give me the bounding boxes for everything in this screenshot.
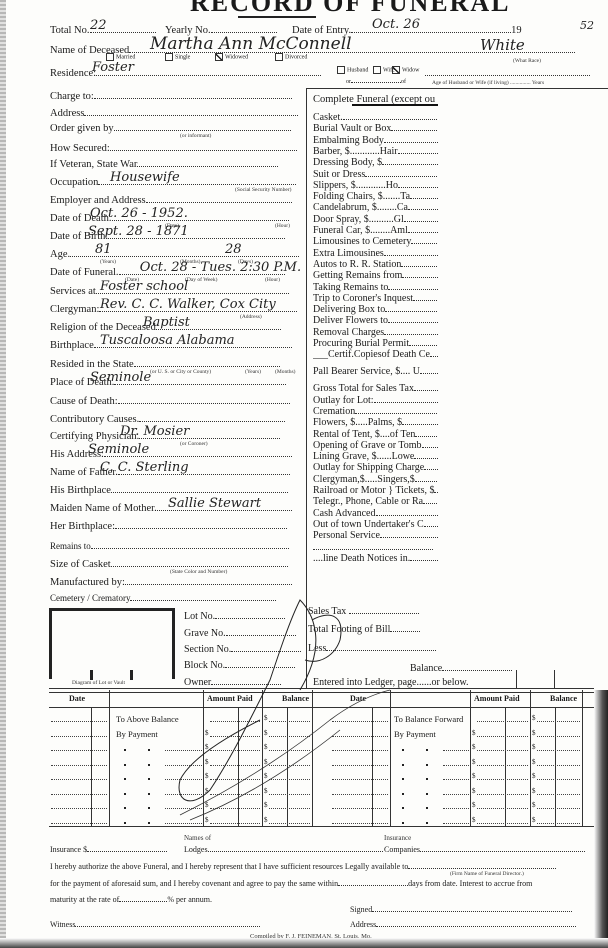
currency-symbol: $: [532, 772, 536, 780]
charge-item[interactable]: Deliver Flowers to: [313, 314, 438, 326]
ledger-description-cell: [443, 822, 469, 824]
ledger-amount-cell: [477, 778, 528, 780]
ledger-date-cell: [332, 764, 388, 766]
charge-item[interactable]: Dressing Body, $: [313, 156, 438, 168]
ledger-date-cell: [51, 807, 107, 809]
ledger-balance-cell: [269, 720, 310, 722]
balance-field[interactable]: Balance: [410, 662, 512, 674]
lodges-field[interactable]: Lodges: [184, 843, 383, 854]
ledger-date-cell: [332, 749, 388, 751]
left-ledger-date-header: Date: [69, 694, 85, 703]
currency-symbol: $: [205, 816, 209, 824]
clergyman-value: Rev. C. C. Walker, Cox City: [100, 297, 276, 312]
charge-item[interactable]: Taking Remains to: [313, 281, 438, 293]
ledger-balance-cell: [537, 749, 580, 751]
ledger-column-divider: [262, 690, 263, 826]
charge-item[interactable]: Removal Charges: [313, 326, 438, 338]
currency-symbol: $: [532, 787, 536, 795]
charge-item[interactable]: Limousines to Cemetery: [313, 235, 438, 247]
order-given-by-label: Order given by: [50, 123, 114, 134]
ledger-description-cell: [165, 822, 202, 824]
lot-owner-field[interactable]: Owner: [184, 676, 281, 688]
balance-divider-2: [554, 670, 555, 688]
address-field[interactable]: Address: [50, 107, 298, 119]
lot-diagram-box: [49, 608, 175, 679]
marital-widowed[interactable]: Widowed: [215, 53, 248, 61]
ledger-amount-cell: [477, 793, 528, 795]
certifying-physician-caption: (or Coroner): [180, 441, 208, 447]
ledger-amount-cell: [477, 735, 528, 737]
size-of-casket-caption: (State Color and Number): [170, 569, 227, 575]
race-value: White: [480, 36, 525, 54]
ledger-bottom-rule: [49, 826, 594, 827]
occupation-label: Occupation: [50, 177, 98, 188]
checkbox-widowed[interactable]: [215, 53, 223, 61]
currency-symbol: $: [205, 787, 209, 795]
charge-item[interactable]: Flowers, $.....Palms, $: [313, 416, 438, 428]
checkbox-widow[interactable]: [392, 66, 400, 74]
address-label: Address: [50, 108, 84, 119]
balance-divider: [516, 670, 517, 688]
currency-symbol: $: [532, 816, 536, 824]
ledger-date-cell: [51, 749, 107, 751]
ledger-description-cell: [443, 778, 469, 780]
year-prefix: 19: [511, 25, 522, 36]
charge-item[interactable]: Outlay for Lot:: [313, 394, 438, 406]
diagram-caption: Diagram of Lot or Vault: [72, 680, 125, 686]
ledger-amount-cell: [210, 749, 260, 751]
ledger-description-cell: [443, 764, 469, 766]
entered-into-ledger: Entered into Ledger, page......or below.: [313, 677, 469, 688]
ledger-date-cell: [51, 778, 107, 780]
date-of-funeral-label: Date of Funeral.: [50, 267, 119, 278]
charge-item[interactable]: Procuring Burial Permit: [313, 337, 438, 349]
date-of-funeral-value: Oct. 28 - Tues. 2:30 P.M.: [140, 260, 301, 275]
remains-to-field[interactable]: Remains to: [50, 540, 289, 552]
title-rule: [238, 16, 316, 18]
charge-item[interactable]: Folding Chairs, $.......Ta: [313, 190, 438, 202]
ditto-mark: [124, 749, 126, 751]
age-caption: (Years): [100, 259, 116, 265]
charge-item[interactable]: Extra Limousines: [313, 247, 438, 259]
ledger-amount-cell: [477, 749, 528, 751]
ditto-mark: [148, 749, 150, 751]
place-of-death-field[interactable]: Place of Death.: [50, 376, 286, 388]
ledger-date-cell: [332, 735, 388, 737]
currency-symbol: $: [472, 772, 476, 780]
currency-symbol: $: [472, 816, 476, 824]
ledger-balance-cell: [269, 822, 310, 824]
charge-item[interactable]: Lining Grave, $......Lowe: [313, 450, 438, 462]
charge-item[interactable]: Funeral Car, $........Aml: [313, 224, 438, 236]
charge-item[interactable]: Candelabrum, $........Ca: [313, 201, 438, 213]
ledger-date-cell: [51, 735, 107, 737]
currency-symbol: $: [532, 729, 536, 737]
ledger-description-cell: [165, 749, 202, 751]
currency-symbol: $: [532, 801, 536, 809]
ditto-mark: [402, 764, 404, 766]
ledger-date-cell: [51, 793, 107, 795]
ledger-balance-cell: [269, 807, 310, 809]
ditto-mark: [148, 764, 150, 766]
ledger-amount-cell: [210, 778, 260, 780]
currency-symbol: $: [532, 758, 536, 766]
race-caption: (What Race): [513, 58, 541, 64]
charge-item[interactable]: Barber, $............Hair: [313, 145, 438, 157]
how-secured-label: How Secured:: [50, 143, 110, 154]
occupation-value: Housewife: [110, 170, 180, 185]
ledger-description-cell: [443, 793, 469, 795]
ledger-column-divider: [530, 690, 531, 826]
spouse-name-line[interactable]: [425, 67, 590, 79]
manufactured-by-field[interactable]: Manufactured by:: [50, 576, 292, 588]
ledger-amount-cell: [477, 822, 528, 824]
ditto-mark: [402, 793, 404, 795]
date-of-entry-value: Oct. 26: [372, 17, 420, 32]
ledger-amount-cell: [210, 735, 260, 737]
lot-lot-no-field[interactable]: Lot No.: [184, 610, 285, 622]
age-field[interactable]: Age.: [50, 248, 299, 260]
ledger-amount-cell: [210, 764, 260, 766]
manufactured-by-label: Manufactured by:: [50, 577, 125, 588]
veteran-field[interactable]: If Veteran, State War: [50, 158, 278, 170]
ledger-amount-cell: [210, 807, 260, 809]
witness-field[interactable]: Witness: [50, 918, 260, 929]
order-given-by-caption: (or informant): [180, 133, 211, 139]
currency-symbol: $: [264, 714, 268, 722]
charge-to-field[interactable]: Charge to:: [50, 90, 292, 102]
ledger-date-cell: [332, 778, 388, 780]
age-years-value: 81: [95, 242, 112, 257]
ledger-balance-cell: [269, 778, 310, 780]
checkbox-wife[interactable]: [373, 66, 381, 74]
cemetery-label: Cemetery / Crematory: [50, 593, 130, 603]
ledger-balance-cell: [537, 807, 580, 809]
header-underline: [352, 104, 438, 106]
currency-symbol: $: [264, 787, 268, 795]
ditto-mark: [426, 807, 428, 809]
order-given-by-field[interactable]: Order given by: [50, 122, 291, 134]
total-no-label: Total No.: [50, 25, 90, 36]
spouse-husband[interactable]: Husband: [337, 66, 368, 74]
ditto-mark: [426, 778, 428, 780]
ledger-description-cell: [443, 749, 469, 751]
currency-symbol: $: [264, 758, 268, 766]
name-of-deceased-value: Martha Ann McConnell: [150, 34, 352, 54]
ledger-date-cell: [51, 822, 107, 824]
currency-symbol: $: [205, 758, 209, 766]
lodges-label-top: Names of: [184, 834, 211, 842]
sales-tax-field[interactable]: Sales Tax: [308, 605, 419, 617]
residence-field[interactable]: Residence:: [50, 67, 321, 79]
address-field[interactable]: Address: [350, 918, 576, 929]
ditto-mark: [426, 793, 428, 795]
lot-block-no-field[interactable]: Block No.: [184, 659, 295, 671]
charge-item[interactable]: Outlay for Shipping Charge: [313, 461, 438, 473]
ledger-date-cell: [51, 764, 107, 766]
certifying-physician-value: Dr. Mosier: [120, 424, 189, 439]
charge-to-label: Charge to:: [50, 91, 94, 102]
currency-symbol: $: [264, 801, 268, 809]
companies-label-top: Insurance: [384, 834, 411, 842]
ledger-column-divider: [470, 690, 471, 826]
charge-item[interactable]: Autos to R. R. Station: [313, 258, 438, 270]
ledger-description-cell: [165, 807, 202, 809]
lot-section-no-field[interactable]: Section No.: [184, 643, 301, 655]
currency-symbol: $: [205, 729, 209, 737]
his-birthplace-label: His Birthplace: [50, 485, 111, 496]
date-of-death-value: Oct. 26 - 1952.: [90, 206, 188, 221]
spouse-or: orof: [346, 78, 406, 85]
ledger-balance-cell: [537, 778, 580, 780]
charge-item[interactable]: Opening of Grave or Tomb: [313, 439, 438, 451]
cause-of-death-field[interactable]: Cause of Death:: [50, 395, 290, 407]
her-birthplace-field[interactable]: Her Birthplace:: [50, 520, 287, 532]
left-ledger-amount-header: Amount Paid: [207, 694, 253, 703]
currency-symbol: $: [264, 816, 268, 824]
employer-label: Employer and Address: [50, 195, 146, 206]
ledger-balance-cell: [269, 764, 310, 766]
charge-item[interactable]: Telegr., Phone, Cable or Ra: [313, 495, 438, 507]
date-of-funeral-caption: (Day of Week): [185, 277, 217, 283]
currency-symbol: $: [532, 714, 536, 722]
charge-item[interactable]: Embalming Body: [313, 134, 438, 146]
charge-item[interactable]: Personal Service: [313, 529, 438, 541]
charge-item[interactable]: ___Certif.Copiesof Death Ce: [313, 348, 438, 360]
charge-item[interactable]: Casket.: [313, 111, 438, 123]
right-ledger-amount-header: Amount Paid: [474, 694, 520, 703]
right-ledger-date-header: Date: [350, 694, 366, 703]
payment-statement: for the payment of aforesaid sum, and I …: [50, 877, 532, 888]
religion-value: Baptist: [143, 315, 190, 330]
currency-symbol: $: [264, 743, 268, 751]
resided-in-state-label: Resided in the State: [50, 359, 134, 370]
ledger-balance-cell: [537, 720, 580, 722]
marital-divorced[interactable]: Divorced: [275, 53, 307, 61]
ledger-balance-cell: [537, 822, 580, 824]
currency-symbol: $: [472, 743, 476, 751]
total-footing-field[interactable]: Total Footing of Bill: [308, 623, 420, 635]
ledger-amount-cell: [210, 793, 260, 795]
ditto-mark: [402, 778, 404, 780]
ditto-mark: [124, 822, 126, 824]
funeral-record-page: RECORD OF FUNERAL Total No. 22 Yearly No…: [0, 0, 608, 948]
ledger-description-cell: [443, 807, 469, 809]
lot-grave-no-field[interactable]: Grave No.: [184, 627, 296, 639]
currency-symbol: $: [264, 729, 268, 737]
charge-item[interactable]: Railroad or Motor } Tickets, $: [313, 484, 438, 496]
clergyman-label: Clergyman:: [50, 304, 99, 315]
ditto-mark: [426, 749, 428, 751]
ledger-date-cell: [332, 793, 388, 795]
ditto-mark: [148, 793, 150, 795]
charge-item[interactable]: ....line Death Notices in.: [313, 552, 438, 564]
checkbox-divorced[interactable]: [275, 53, 283, 61]
ledger-amount-cell: [477, 764, 528, 766]
veteran-label: If Veteran, State War: [50, 159, 137, 170]
ledger-balance-cell: [269, 749, 310, 751]
scan-edge: [0, 0, 6, 948]
ledger-column-divider: [390, 690, 391, 826]
charge-item[interactable]: Out of town Undertaker's C: [313, 518, 438, 530]
date-of-funeral-caption: (Hour): [265, 277, 280, 283]
residence-label: Residence:: [50, 68, 96, 79]
currency-symbol: $: [205, 772, 209, 780]
maiden-name-mother-value: Sallie Stewart: [168, 496, 261, 511]
left-ledger-balance-header: Balance: [282, 694, 309, 703]
currency-symbol: $: [472, 729, 476, 737]
ditto-mark: [148, 807, 150, 809]
diagram-leg-right: [130, 670, 133, 680]
checkbox-husband[interactable]: [337, 66, 345, 74]
ledger-amount-cell: [210, 822, 260, 824]
charge-item[interactable]: Clergyman,$.....Singers,$: [313, 473, 438, 485]
ledger-column-divider: [109, 690, 110, 826]
age-days-value: 28: [225, 242, 242, 257]
ditto-mark: [124, 793, 126, 795]
charge-item[interactable]: Burial Vault or Box: [313, 122, 438, 134]
age-spouse-caption: Age of Husband or Wife (if living) .....…: [432, 80, 544, 86]
her-birthplace-label: Her Birthplace:: [50, 521, 115, 532]
ditto-mark: [148, 778, 150, 780]
birthplace-label: Birthplace: [50, 340, 94, 351]
checkbox-single[interactable]: [165, 53, 173, 61]
ledger-description-cell: [165, 778, 202, 780]
remains-to-label: Remains to: [50, 541, 91, 551]
his-address-value: Seminole: [88, 442, 149, 457]
ledger-description-cell: [165, 764, 202, 766]
currency-symbol: $: [472, 787, 476, 795]
currency-symbol: $: [472, 801, 476, 809]
ditto-mark: [148, 822, 150, 824]
ditto-mark: [402, 807, 404, 809]
ledger-date-cell: [332, 720, 388, 722]
ditto-mark: [426, 822, 428, 824]
ledger-row-label: By Payment: [116, 729, 158, 739]
charge-item[interactable]: Trip to Coroner's Inquest: [313, 292, 438, 304]
cemetery-field[interactable]: Cemetery / Crematory: [50, 592, 276, 604]
date-of-birth-value: Sept. 28 - 1871: [88, 224, 189, 239]
maiden-name-mother-label: Maiden Name of Mother.: [50, 503, 157, 514]
insurance-field[interactable]: Insurance $: [50, 843, 167, 854]
year-suffix-value: 52: [580, 19, 594, 32]
scan-shadow-bottom: [0, 938, 608, 948]
ledger-amount-cell: [477, 807, 528, 809]
ledger-row-label: To Balance Forward: [394, 714, 463, 724]
cause-of-death-label: Cause of Death:: [50, 396, 118, 407]
marital-single[interactable]: Single: [165, 53, 190, 61]
charge-item[interactable]: Gross Total for Sales Tax: [313, 382, 438, 394]
name-of-father-value: C. C. Sterling: [100, 460, 189, 475]
ledger-date-cell: [332, 822, 388, 824]
date-of-death-caption: (Hour): [275, 223, 290, 229]
currency-symbol: $: [264, 772, 268, 780]
total-no-value: 22: [90, 18, 107, 33]
resided-in-state-caption: (Months): [275, 369, 295, 375]
his-birthplace-field[interactable]: His Birthplace: [50, 484, 288, 496]
ledger-balance-cell: [269, 793, 310, 795]
place-of-death-value: Seminole: [90, 370, 151, 385]
charge-item[interactable]: Rental of Tent, $....of Ten: [313, 428, 438, 440]
occupation-caption: (Social Security Number): [235, 187, 292, 193]
ditto-mark: [426, 764, 428, 766]
ledger-column-divider: [582, 690, 583, 826]
ledger-balance-cell: [537, 764, 580, 766]
charge-item[interactable]: Slippers, $............Ho: [313, 179, 438, 191]
resided-in-state-caption: (Years): [245, 369, 261, 375]
diagram-leg-left: [90, 670, 93, 680]
services-at-label: Services at: [50, 286, 96, 297]
charge-item[interactable]: Getting Remains from: [313, 269, 438, 281]
maturity-statement: maturity at the rate of% per annum.: [50, 893, 212, 904]
ditto-mark: [124, 807, 126, 809]
services-at-value: Foster school: [100, 279, 188, 294]
ledger-column-divider: [203, 690, 204, 826]
currency-symbol: $: [205, 801, 209, 809]
charge-item[interactable]: Cash Advanced: [313, 507, 438, 519]
companies-field[interactable]: Companies: [384, 843, 585, 854]
ledger-date-cell: [51, 720, 107, 722]
authorize-statement: I hereby authorize the above Funeral, an…: [50, 860, 556, 871]
ledger-balance-cell: [269, 735, 310, 737]
currency-symbol: $: [532, 743, 536, 751]
charge-item[interactable]: Door Spray, $..........Gl: [313, 213, 438, 225]
ledger-top-rule: [49, 688, 594, 693]
ledger-balance-cell: [537, 735, 580, 737]
signed-field[interactable]: Signed: [350, 903, 572, 914]
size-of-casket-field[interactable]: Size of Casket: [50, 558, 288, 570]
currency-symbol: $: [205, 743, 209, 751]
ledger-date-cell: [332, 807, 388, 809]
charge-item[interactable]: [313, 541, 438, 553]
right-ledger-balance-header: Balance: [550, 694, 577, 703]
charge-item[interactable]: Suit or Dress: [313, 168, 438, 180]
ditto-mark: [402, 749, 404, 751]
ledger-amount-cell: [210, 720, 260, 722]
religion-label: Religion of the Deceased: [50, 322, 156, 333]
ditto-mark: [402, 822, 404, 824]
ditto-mark: [124, 764, 126, 766]
charge-item[interactable]: Pall Bearer Service, $.... U: [313, 365, 438, 377]
how-secured-field[interactable]: How Secured:: [50, 142, 297, 154]
scan-shadow-right: [594, 690, 608, 940]
resided-in-state-caption: (or U. S. or City or County): [150, 369, 211, 375]
currency-symbol: $: [472, 758, 476, 766]
employer-field[interactable]: Employer and Address: [50, 194, 292, 206]
ledger-description-cell: [165, 793, 202, 795]
residence-value: Foster: [92, 60, 134, 75]
his-address-field[interactable]: His Address:: [50, 448, 292, 460]
ledger-row-label: To Above Balance: [116, 714, 179, 724]
charge-item[interactable]: Delivering Box to: [313, 303, 438, 315]
size-of-casket-label: Size of Casket: [50, 559, 111, 570]
ditto-mark: [124, 778, 126, 780]
ledger-column-divider: [312, 690, 313, 826]
birthplace-value: Tuscaloosa Alabama: [100, 333, 235, 348]
clergyman-caption: (Address): [240, 314, 262, 320]
ledger-row-label: By Payment: [394, 729, 436, 739]
charge-item[interactable]: Cremation: [313, 405, 438, 417]
ledger-balance-cell: [537, 793, 580, 795]
age-label: Age.: [50, 249, 70, 260]
spouse-widow[interactable]: Widow: [392, 66, 419, 74]
less-field[interactable]: Less: [308, 642, 436, 654]
ledger-amount-cell: [477, 720, 528, 722]
